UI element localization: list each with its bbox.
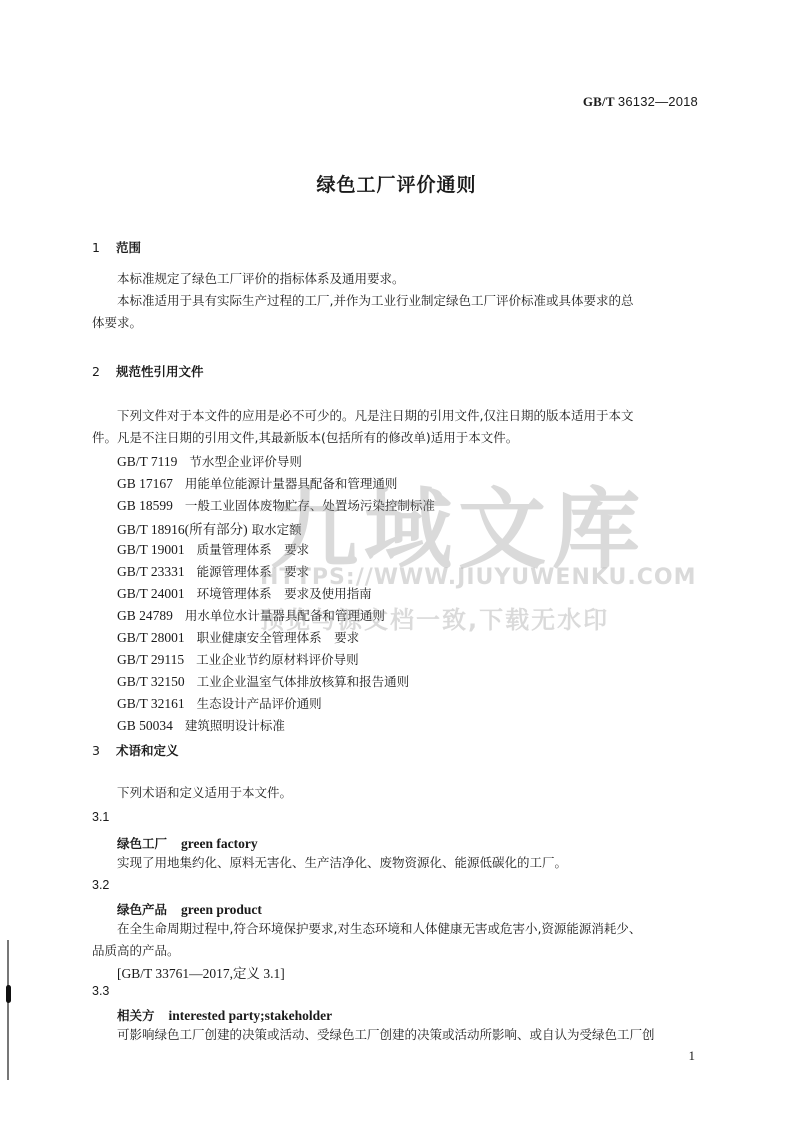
source-citation: [GB/T 33761—2017,定义 3.1]	[117, 966, 285, 981]
reference-item: GB/T 23331 能源管理体系 要求	[117, 562, 309, 580]
term-definition: 实现了用地集约化、原料无害化、生产洁净化、废物资源化、能源低碳化的工厂。	[117, 852, 567, 874]
reference-item: GB/T 24001 环境管理体系 要求及使用指南	[117, 584, 372, 602]
reference-title: 质量管理体系 要求	[197, 542, 310, 557]
reference-code: GB 24789	[117, 608, 173, 623]
reference-item: GB/T 29115 工业企业节约原材料评价导则	[117, 650, 359, 668]
paragraph: 下列文件对于本文件的应用是必不可少的。凡是注日期的引用文件,仅注日期的版本适用于…	[117, 405, 633, 427]
section-number: 1	[92, 240, 116, 255]
term-number: 3.1	[92, 810, 109, 824]
scan-margin-mark	[6, 985, 11, 1003]
section-2-heading: 2规范性引用文件	[92, 362, 204, 380]
reference-item: GB 17167 用能单位能源计量器具配备和管理通则	[117, 474, 397, 492]
term-en: interested party;stakeholder	[169, 1008, 333, 1023]
reference-title: 用能单位能源计量器具配备和管理通则	[185, 476, 398, 491]
reference-code: GB 18599	[117, 498, 173, 513]
reference-code: GB/T 7119	[117, 454, 177, 469]
reference-title: 环境管理体系 要求及使用指南	[197, 586, 372, 601]
reference-code: GB/T 19001	[117, 542, 185, 557]
paragraph: 本标准适用于具有实际生产过程的工厂,并作为工业行业制定绿色工厂评价标准或具体要求…	[117, 290, 633, 312]
reference-item: GB/T 19001 质量管理体系 要求	[117, 540, 309, 558]
reference-code: GB/T 28001	[117, 630, 185, 645]
reference-code: GB/T 32161	[117, 696, 185, 711]
term-definition: 可影响绿色工厂创建的决策或活动、受绿色工厂创建的决策或活动所影响、或自认为受绿色…	[117, 1024, 655, 1046]
standard-prefix: GB/T	[583, 94, 615, 109]
document-page: GB/T 36132—2018 绿色工厂评价通则 1范围 本标准规定了绿色工厂评…	[0, 0, 793, 1122]
standard-number: GB/T 36132—2018	[583, 94, 698, 110]
term-en: green factory	[181, 836, 258, 851]
term-heading: 绿色产品green product	[117, 900, 262, 918]
section-3-heading: 3术语和定义	[92, 741, 179, 759]
term-zh: 绿色产品	[117, 902, 167, 917]
reference-code: GB/T 32150	[117, 674, 185, 689]
reference-code: GB 17167	[117, 476, 173, 491]
paragraph: 件。凡是不注日期的引用文件,其最新版本(包括所有的修改单)适用于本文件。	[92, 427, 518, 449]
section-title: 范围	[116, 240, 141, 255]
paragraph: 下列术语和定义适用于本文件。	[117, 782, 292, 804]
term-source: [GB/T 33761—2017,定义 3.1]	[117, 962, 285, 982]
reference-item: GB 50034 建筑照明设计标准	[117, 716, 285, 734]
reference-title: 一般工业固体废物贮存、处置场污染控制标准	[185, 498, 435, 513]
reference-item: GB/T 32161 生态设计产品评价通则	[117, 694, 322, 712]
page-number: 1	[689, 1048, 696, 1064]
reference-item: GB/T 18916(所有部分) 取水定额	[117, 518, 302, 538]
reference-title: 能源管理体系 要求	[197, 564, 310, 579]
term-number: 3.2	[92, 878, 109, 892]
section-number: 3	[92, 743, 116, 758]
reference-title: 节水型企业评价导则	[189, 454, 302, 469]
term-definition: 在全生命周期过程中,符合环境保护要求,对生态环境和人体健康无害或危害小,资源能源…	[117, 918, 641, 940]
scan-margin-line	[7, 940, 9, 1080]
term-zh: 相关方	[117, 1008, 155, 1023]
section-title: 术语和定义	[116, 743, 179, 758]
reference-item: GB 24789 用水单位水计量器具配备和管理通则	[117, 606, 385, 624]
term-zh: 绿色工厂	[117, 836, 167, 851]
document-title: 绿色工厂评价通则	[0, 170, 793, 197]
standard-code: 36132—2018	[618, 94, 698, 109]
reference-title: 生态设计产品评价通则	[197, 696, 322, 711]
reference-code: GB/T 18916(所有部分)	[117, 522, 248, 537]
reference-code: GB 50034	[117, 718, 173, 733]
reference-title: 职业健康安全管理体系 要求	[197, 630, 360, 645]
reference-title: 建筑照明设计标准	[185, 718, 285, 733]
reference-title: 工业企业节约原材料评价导则	[196, 652, 359, 667]
paragraph: 体要求。	[92, 312, 142, 334]
reference-item: GB/T 28001 职业健康安全管理体系 要求	[117, 628, 359, 646]
reference-title: 用水单位水计量器具配备和管理通则	[185, 608, 385, 623]
reference-code: GB/T 23331	[117, 564, 185, 579]
reference-code: GB/T 24001	[117, 586, 185, 601]
reference-item: GB 18599 一般工业固体废物贮存、处置场污染控制标准	[117, 496, 435, 514]
reference-title: 取水定额	[252, 522, 302, 537]
reference-code: GB/T 29115	[117, 652, 184, 667]
section-number: 2	[92, 364, 116, 379]
reference-item: GB/T 7119 节水型企业评价导则	[117, 452, 302, 470]
term-heading: 绿色工厂green factory	[117, 834, 258, 852]
term-definition: 品质高的产品。	[92, 940, 180, 962]
section-1-heading: 1范围	[92, 238, 141, 256]
term-en: green product	[181, 902, 262, 917]
reference-item: GB/T 32150 工业企业温室气体排放核算和报告通则	[117, 672, 409, 690]
term-number: 3.3	[92, 984, 109, 998]
paragraph: 本标准规定了绿色工厂评价的指标体系及通用要求。	[117, 268, 405, 290]
reference-title: 工业企业温室气体排放核算和报告通则	[197, 674, 410, 689]
term-heading: 相关方interested party;stakeholder	[117, 1006, 332, 1024]
section-title: 规范性引用文件	[116, 364, 204, 379]
